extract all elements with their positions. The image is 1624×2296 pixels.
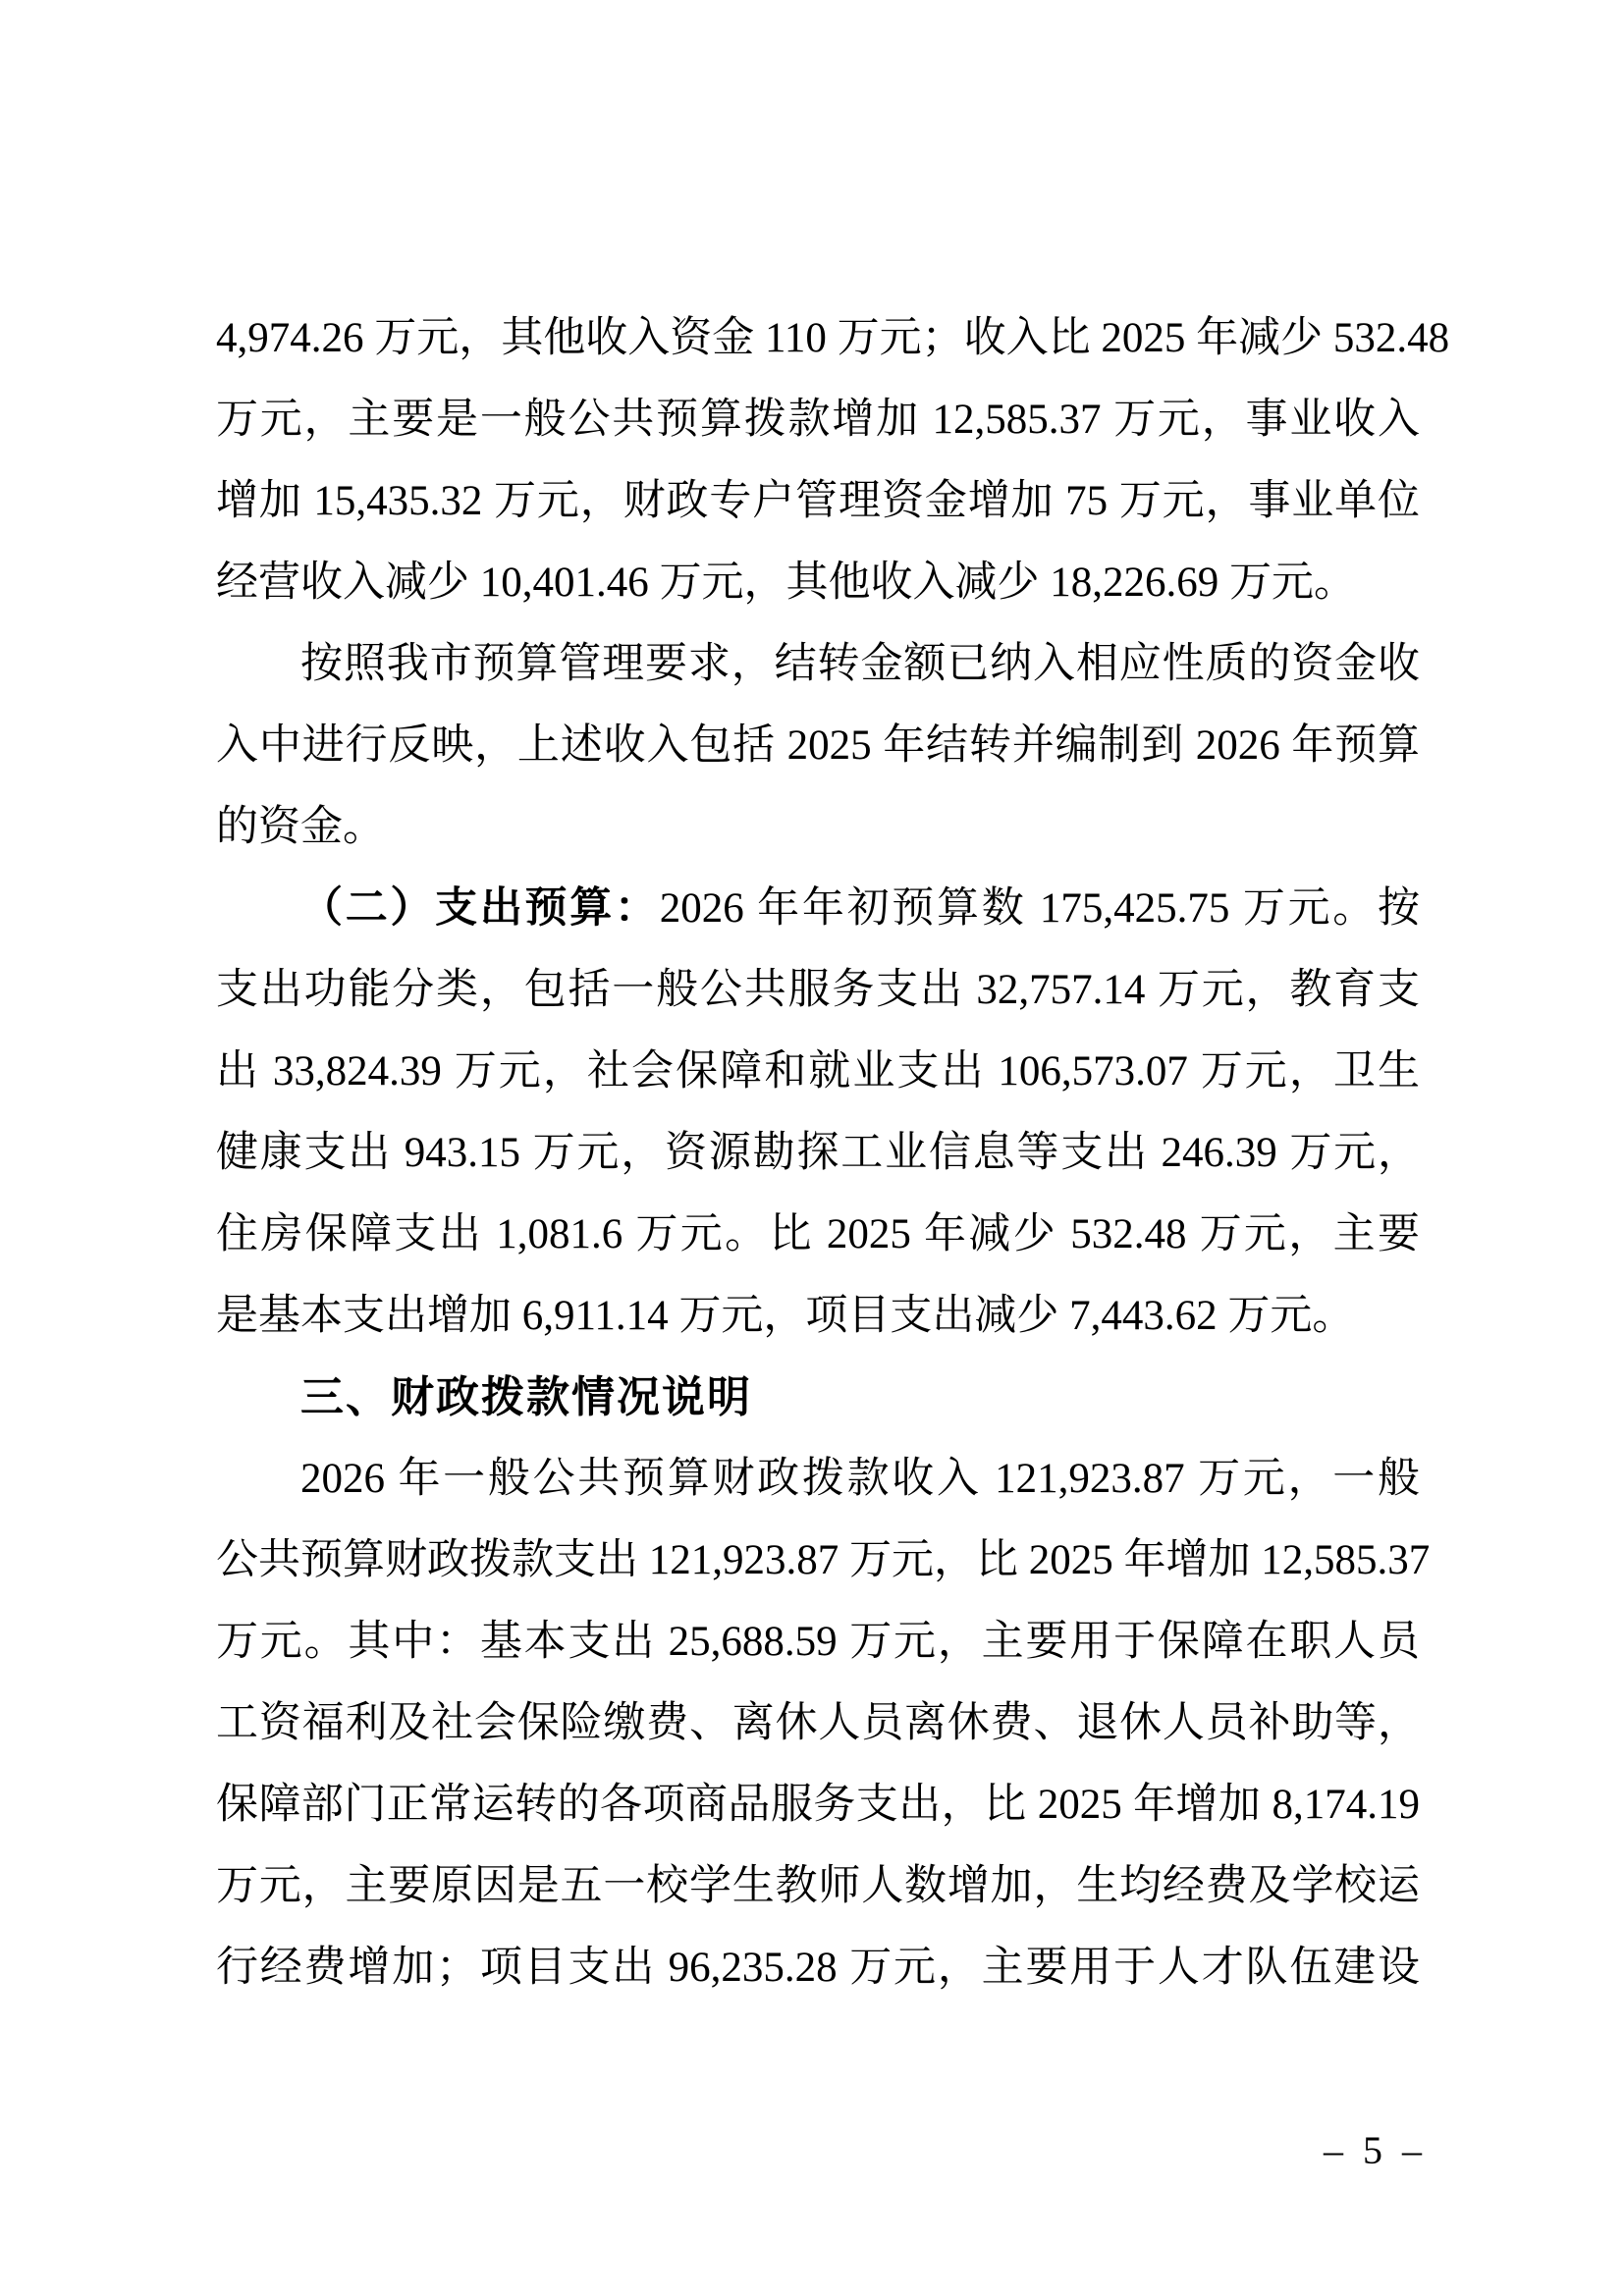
body-line-text: 2026 年年初预算数 175,425.75 万元。按 <box>660 885 1420 932</box>
body-line: 万元。其中：基本支出 25,688.59 万元，主要用于保障在职人员 <box>216 1601 1420 1682</box>
body-line: 支出功能分类，包括一般公共服务支出 32,757.14 万元，教育支 <box>216 949 1420 1031</box>
body-line: 2026 年一般公共预算财政拨款收入 121,923.87 万元，一般 <box>216 1438 1420 1520</box>
body-line: 健康支出 943.15 万元，资源勘探工业信息等支出 246.39 万元， <box>216 1112 1420 1194</box>
body-line: 增加 15,435.32 万元，财政专户管理资金增加 75 万元，事业单位 <box>216 460 1420 542</box>
body-line: 按照我市预算管理要求，结转金额已纳入相应性质的资金收 <box>216 623 1420 705</box>
body-line: 4,974.26 万元，其他收入资金 110 万元；收入比 2025 年减少 5… <box>216 297 1420 379</box>
page-number: – 5 – <box>1324 2127 1427 2173</box>
body-line: （二）支出预算：2026 年年初预算数 175,425.75 万元。按 <box>216 868 1420 949</box>
subheading-inline: （二）支出预算： <box>300 885 660 932</box>
body-line: 的资金。 <box>216 786 1420 868</box>
body-line: 万元，主要是一般公共预算拨款增加 12,585.37 万元，事业收入 <box>216 379 1420 460</box>
body-line: 经营收入减少 10,401.46 万元，其他收入减少 18,226.69 万元。 <box>216 542 1420 623</box>
section-heading: 三、财政拨款情况说明 <box>216 1357 1420 1438</box>
document-page: 4,974.26 万元，其他收入资金 110 万元；收入比 2025 年减少 5… <box>0 0 1624 2296</box>
body-line: 住房保障支出 1,081.6 万元。比 2025 年减少 532.48 万元，主… <box>216 1194 1420 1275</box>
body-line: 出 33,824.39 万元，社会保障和就业支出 106,573.07 万元，卫… <box>216 1031 1420 1112</box>
body-line: 行经费增加；项目支出 96,235.28 万元，主要用于人才队伍建设 <box>216 1927 1420 2008</box>
body-line: 是基本支出增加 6,911.14 万元，项目支出减少 7,443.62 万元。 <box>216 1275 1420 1357</box>
body-line: 入中进行反映，上述收入包括 2025 年结转并编制到 2026 年预算 <box>216 705 1420 786</box>
body-line: 公共预算财政拨款支出 121,923.87 万元，比 2025 年增加 12,5… <box>216 1520 1420 1601</box>
document-body: 4,974.26 万元，其他收入资金 110 万元；收入比 2025 年减少 5… <box>216 297 1420 2008</box>
body-line: 保障部门正常运转的各项商品服务支出，比 2025 年增加 8,174.19 <box>216 1764 1420 1845</box>
body-line: 工资福利及社会保险缴费、离休人员离休费、退休人员补助等， <box>216 1682 1420 1764</box>
body-line: 万元，主要原因是五一校学生教师人数增加，生均经费及学校运 <box>216 1845 1420 1927</box>
